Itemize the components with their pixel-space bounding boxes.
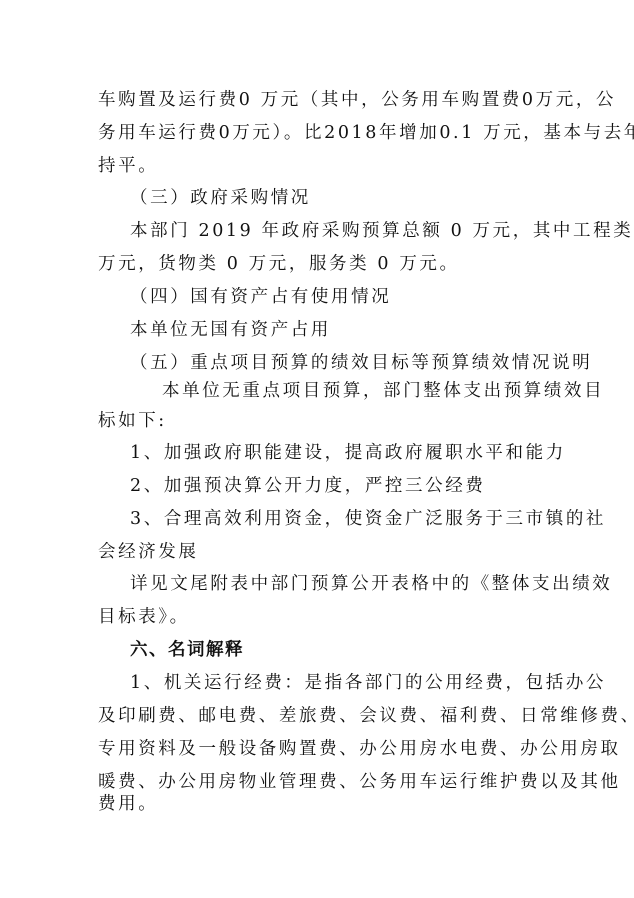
paragraph-line-performance-goals-cont: 标如下: <box>98 410 540 432</box>
goal-item-2: 2、加强预决算公开力度，严控三公经费 <box>130 475 572 497</box>
section-heading-glossary: 六、名词解释 <box>130 639 572 661</box>
paragraph-line-vehicle-costs-cont: 务用车运行费0万元）。比2018年增加0.1 万元，基本与去年 <box>98 122 540 144</box>
glossary-item-1-cont-c: 暖费、办公用房物业管理费、公务用车运行维护费以及其他 <box>98 771 540 793</box>
glossary-item-1-cont-d: 费用。 <box>98 793 540 815</box>
goal-item-3-cont: 会经济发展 <box>98 541 540 563</box>
section-heading-performance-goals: （五）重点项目预算的绩效目标等预算绩效情况说明 <box>130 352 572 374</box>
section-heading-procurement: （三）政府采购情况 <box>130 187 572 209</box>
paragraph-line-state-assets: 本单位无国有资产占用 <box>130 319 572 341</box>
document-page: 车购置及运行费0 万元（其中，公务用车购置费0万元，公 务用车运行费0万元）。比… <box>0 0 634 898</box>
paragraph-line-see-appendix-cont: 目标表》。 <box>98 606 540 628</box>
glossary-item-1-cont-b: 专用资料及一般设备购置费、办公用房水电费、办公用房取 <box>98 738 540 760</box>
paragraph-line-vehicle-costs-end: 持平。 <box>98 155 540 177</box>
paragraph-line-procurement: 本部门 2019 年政府采购预算总额 0 万元，其中工程类 0 <box>130 220 572 242</box>
section-heading-state-assets: （四）国有资产占有使用情况 <box>130 286 572 308</box>
goal-item-1: 1、加强政府职能建设，提高政府履职水平和能力 <box>130 442 572 464</box>
paragraph-line-vehicle-costs: 车购置及运行费0 万元（其中，公务用车购置费0万元，公 <box>98 89 540 111</box>
paragraph-line-see-appendix: 详见文尾附表中部门预算公开表格中的《整体支出绩效 <box>130 573 572 595</box>
paragraph-line-performance-goals: 本单位无重点项目预算，部门整体支出预算绩效目 <box>162 380 604 402</box>
glossary-item-1: 1、机关运行经费：是指各部门的公用经费，包括办公 <box>130 672 572 694</box>
paragraph-line-procurement-cont: 万元，货物类 0 万元，服务类 0 万元。 <box>98 253 540 275</box>
glossary-item-1-cont-a: 及印刷费、邮电费、差旅费、会议费、福利费、日常维修费、 <box>98 705 540 727</box>
goal-item-3: 3、合理高效利用资金，使资金广泛服务于三市镇的社 <box>130 508 572 530</box>
